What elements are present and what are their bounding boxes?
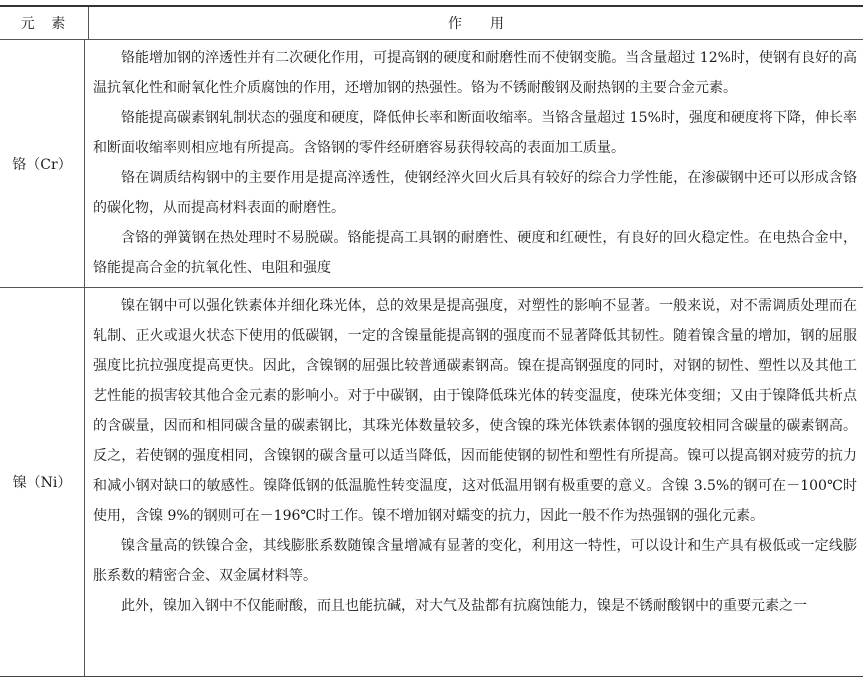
header-element: 元 素 bbox=[0, 7, 89, 39]
alloy-element-table: 元 素 作用 铬（Cr） 铬能增加钢的淬透性并有二次硬化作用，可提高钢的硬度和耐… bbox=[0, 5, 863, 677]
element-function: 铬能增加钢的淬透性并有二次硬化作用，可提高钢的硬度和耐磨性而不使钢变脆。当含量超… bbox=[85, 40, 863, 287]
element-name: 铬（Cr） bbox=[0, 40, 85, 287]
paragraph: 铬能增加钢的淬透性并有二次硬化作用，可提高钢的硬度和耐磨性而不使钢变脆。当含量超… bbox=[93, 43, 857, 103]
paragraph: 铬能提高碳素钢轧制状态的强度和硬度，降低伸长率和断面收缩率。当铬含量超过 15%… bbox=[93, 103, 857, 163]
paragraph: 镍含量高的铁镍合金，其线膨胀系数随镍含量增减有显著的变化，利用这一特性，可以设计… bbox=[93, 531, 857, 591]
table-row-nickel: 镍（Ni） 镍在钢中可以强化铁素体并细化珠光体，总的效果是提高强度，对塑性的影响… bbox=[0, 288, 863, 677]
table-header-row: 元 素 作用 bbox=[0, 7, 863, 40]
paragraph: 含铬的弹簧钢在热处理时不易脱碳。铬能提高工具钢的耐磨性、硬度和红硬性，有良好的回… bbox=[93, 223, 857, 283]
paragraph: 铬在调质结构钢中的主要作用是提高淬透性，使钢经淬火回火后具有较好的综合力学性能，… bbox=[93, 163, 857, 223]
paragraph: 镍在钢中可以强化铁素体并细化珠光体，总的效果是提高强度，对塑性的影响不显著。一般… bbox=[93, 291, 857, 531]
element-name: 镍（Ni） bbox=[0, 288, 85, 676]
element-function: 镍在钢中可以强化铁素体并细化珠光体，总的效果是提高强度，对塑性的影响不显著。一般… bbox=[85, 288, 863, 676]
header-function: 作用 bbox=[89, 7, 863, 39]
paragraph: 此外，镍加入钢中不仅能耐酸，而且也能抗碱，对大气及盐都有抗腐蚀能力，镍是不锈耐酸… bbox=[93, 591, 857, 621]
table-row-chromium: 铬（Cr） 铬能增加钢的淬透性并有二次硬化作用，可提高钢的硬度和耐磨性而不使钢变… bbox=[0, 40, 863, 288]
